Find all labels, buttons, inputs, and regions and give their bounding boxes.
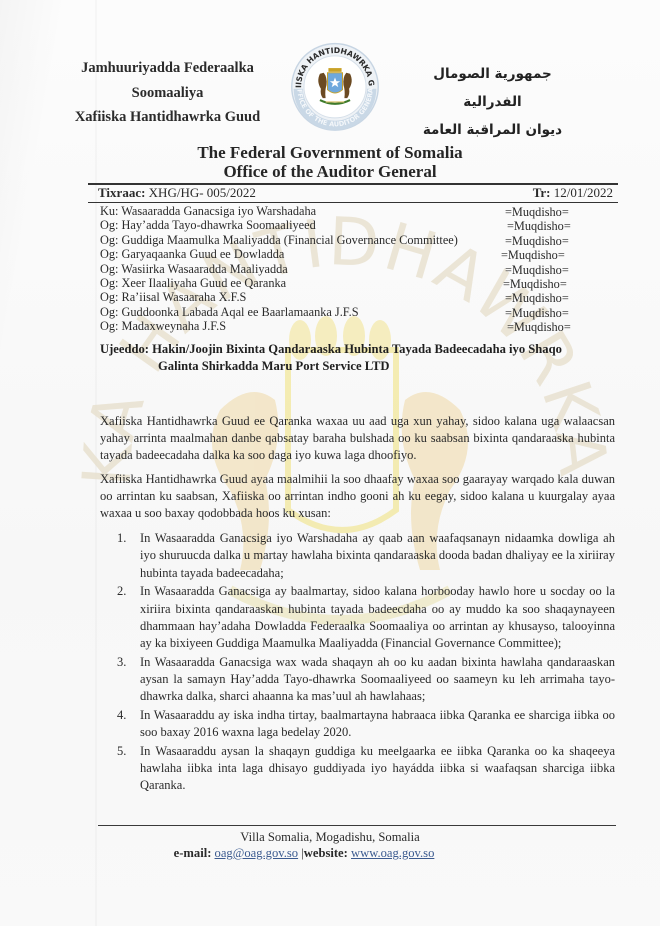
recipient-name: Og: Wasiirka Wasaaradda Maaliyadda xyxy=(100,262,288,276)
footer-contact: e-mail: oag@oag.gov.so |website: www.oag… xyxy=(0,846,634,861)
recipient-row: Og: Garyaqaanka Guud ee Dowladda=Muqdish… xyxy=(100,247,580,261)
date-value: 12/01/2022 xyxy=(551,185,613,200)
recipient-name: Og: Garyaqaanka Guud ee Dowladda xyxy=(100,247,284,261)
recipient-city: =Muqdisho= xyxy=(505,263,569,277)
recipient-row: Og: Hay’adda Tayo-dhawrka Soomaaliyeed=M… xyxy=(100,218,580,232)
finding-item: 5.In Wasaaraddu aysan la shaqayn guddiga… xyxy=(100,743,615,795)
header-left-line-3: Xafiiska Hantidhawrka Guud xyxy=(60,105,275,130)
recipient-city: =Muqdisho= xyxy=(505,205,569,219)
office-title: Office of the Auditor General xyxy=(0,162,660,182)
findings-list: 1.In Wasaaradda Ganacsiga iyo Warshadaha… xyxy=(100,530,615,794)
recipient-row: Og: Wasiirka Wasaaradda Maaliyadda=Muqdi… xyxy=(100,262,580,276)
finding-number: 1. xyxy=(117,530,126,547)
body-paragraph-2: Xafiiska Hantidhawrka Guud ayaa maalmihi… xyxy=(100,471,615,523)
header-somali-name: Jamhuuriyadda Federaalka Soomaaliya Xafi… xyxy=(60,56,275,130)
recipient-name: Og: Hay’adda Tayo-dhawrka Soomaaliyeed xyxy=(100,218,316,232)
footer-divider xyxy=(98,825,616,826)
letter-date: Tr: 12/01/2022 xyxy=(533,184,613,202)
document-page: XAFIISKA HANTIDHAWRKA GUUD Jamhuuriya xyxy=(0,0,660,936)
recipient-city: =Muqdisho= xyxy=(505,234,569,248)
subject-line-1: Ujeeddo: Hakin/Joojin Bixinta Qandaraask… xyxy=(100,341,570,358)
date-label: Tr: xyxy=(533,185,551,200)
recipient-row: Og: Guddoonka Labada Aqal ee Baarlamaank… xyxy=(100,305,580,319)
recipient-name: Ku: Wasaaradda Ganacsiga iyo Warshadaha xyxy=(100,204,316,218)
reference-line: Tixraac: XHG/HG- 005/2022 Tr: 12/01/2022 xyxy=(98,184,613,202)
recipient-row: Og: Guddiga Maamulka Maaliyadda (Financi… xyxy=(100,233,580,247)
finding-number: 4. xyxy=(117,707,126,724)
recipient-name: Og: Madaxweynaha J.F.S xyxy=(100,319,226,333)
finding-text: In Wasaaradda Ganacsiga ay baalmartay, s… xyxy=(140,584,615,650)
reference-value: XHG/HG- 005/2022 xyxy=(145,185,256,200)
finding-text: In Wasaaraddu ay iska indha tirtay, baal… xyxy=(140,708,615,739)
header-arabic-name: جمهورية الصومال الفدرالية ديوان المراقبة… xyxy=(405,60,580,144)
finding-number: 5. xyxy=(117,743,126,760)
finding-number: 3. xyxy=(117,654,126,671)
finding-item: 3.In Wasaaradda Ganacsiga wax wada shaqa… xyxy=(100,654,615,706)
finding-item: 2.In Wasaaradda Ganacsiga ay baalmartay,… xyxy=(100,583,615,652)
header-left-line-2: Soomaaliya xyxy=(60,81,275,106)
finding-item: 4.In Wasaaraddu ay iska indha tirtay, ba… xyxy=(100,707,615,741)
body-paragraph-1: Xafiiska Hantidhawrka Guud ee Qaranka wa… xyxy=(100,413,615,465)
recipient-city: =Muqdisho= xyxy=(505,306,569,320)
recipient-row: Og: Madaxweynaha J.F.S=Muqdisho= xyxy=(100,319,580,333)
website-link[interactable]: www.oag.gov.so xyxy=(351,846,434,860)
email-label: e-mail: xyxy=(174,846,212,860)
finding-number: 2. xyxy=(117,583,126,600)
recipients-list: Ku: Wasaaradda Ganacsiga iyo Warshadaha=… xyxy=(100,204,580,334)
recipient-row: Og: Xeer Ilaaliyaha Guud ee Qaranka=Muqd… xyxy=(100,276,580,290)
recipient-name: Og: Guddiga Maamulka Maaliyadda (Financi… xyxy=(100,233,458,247)
subject: Ujeeddo: Hakin/Joojin Bixinta Qandaraask… xyxy=(100,341,570,374)
government-title: The Federal Government of Somalia xyxy=(0,143,660,163)
reference-number: Tixraac: XHG/HG- 005/2022 xyxy=(98,184,256,202)
recipient-name: Og: Guddoonka Labada Aqal ee Baarlamaank… xyxy=(100,305,359,319)
footer-address: Villa Somalia, Mogadishu, Somalia xyxy=(0,830,660,845)
recipient-city: =Muqdisho= xyxy=(507,320,571,334)
recipient-city: =Muqdisho= xyxy=(501,248,565,262)
recipient-row: Og: Ra’iisal Wasaaraha X.F.S=Muqdisho= xyxy=(100,290,580,304)
website-label: website: xyxy=(304,846,348,860)
coat-of-arms-icon: XAFIISKA HANTIDHAWRKA GUUD OFFICE OF THE… xyxy=(288,38,382,132)
reference-label: Tixraac: xyxy=(98,185,145,200)
recipient-city: =Muqdisho= xyxy=(507,219,571,233)
recipient-city: =Muqdisho= xyxy=(505,291,569,305)
paper-fold xyxy=(95,0,97,936)
letter-body: Xafiiska Hantidhawrka Guud ee Qaranka wa… xyxy=(100,413,615,796)
recipient-name: Og: Ra’iisal Wasaaraha X.F.S xyxy=(100,290,246,304)
finding-text: In Wasaaraddu aysan la shaqayn guddiga k… xyxy=(140,744,615,792)
header-left-line-1: Jamhuuriyadda Federaalka xyxy=(60,56,275,81)
finding-text: In Wasaaradda Ganacsiga wax wada shaqayn… xyxy=(140,655,615,703)
recipient-row: Ku: Wasaaradda Ganacsiga iyo Warshadaha=… xyxy=(100,204,580,218)
subject-line-2: Galinta Shirkadda Maru Port Service LTD xyxy=(100,358,570,375)
finding-item: 1.In Wasaaradda Ganacsiga iyo Warshadaha… xyxy=(100,530,615,582)
email-link[interactable]: oag@oag.gov.so xyxy=(215,846,299,860)
recipient-city: =Muqdisho= xyxy=(503,277,567,291)
office-seal: XAFIISKA HANTIDHAWRKA GUUD OFFICE OF THE… xyxy=(288,38,382,132)
page-bottom-edge xyxy=(0,926,660,936)
recipient-name: Og: Xeer Ilaaliyaha Guud ee Qaranka xyxy=(100,276,286,290)
reference-divider xyxy=(88,202,618,203)
header-right-line-2: ديوان المراقبة العامة xyxy=(405,116,580,144)
finding-text: In Wasaaradda Ganacsiga iyo Warshadaha a… xyxy=(140,531,615,579)
header-right-line-1: جمهورية الصومال الفدرالية xyxy=(405,60,580,116)
